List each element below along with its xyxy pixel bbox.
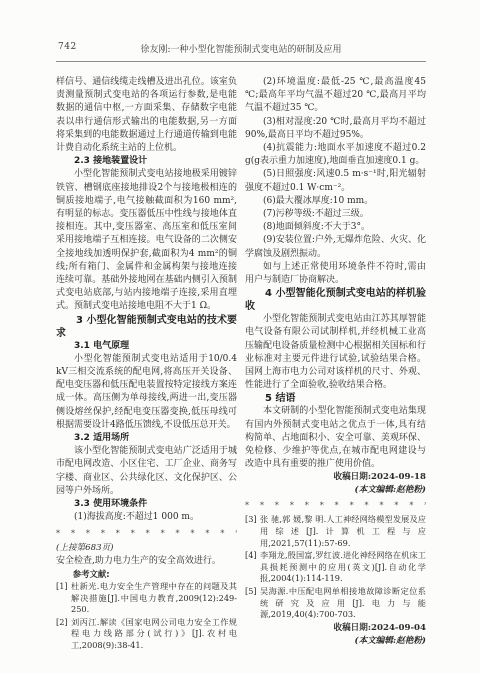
heading-section-4: 4 小型智能化预制式变电站的样机验收 — [245, 287, 426, 313]
section-3-1-body: 小型化智能预制式变电站适用于10/0.4 kV三相交流系统的配电网,将高压开关设… — [56, 353, 237, 432]
section-5-body: 本文研制的小型化智能预制式变电站集现有国内外预制式变电站之优点于一体,具有结构简… — [245, 405, 426, 471]
reference-text: 吴海源.中压配电网单相接地故障诊断定位系统研究及应用[J].电力与能源,2019… — [260, 586, 426, 621]
running-head: 742 徐友刚:一种小型化智能预制式变电站的研制及应用 — [56, 42, 426, 56]
right-column: (2)环境温度:最低-25 ℃,最高温度45 ℃;最高年平均气温不超过20 ℃,… — [245, 76, 426, 653]
running-title: 徐友刚:一种小型化智能预制式变电站的研制及应用 — [56, 42, 426, 55]
env-item-9: (9)安装位置:户外,无爆炸危险、火灾、化学腐蚀及剧烈振动。 — [245, 234, 426, 260]
env-note: 如与上述正常使用环境条件不符时,需由用户与制造厂协商解决。 — [245, 261, 426, 287]
heading-section-2-3: 2.3 接地装置设计 — [56, 155, 237, 168]
editor-note-continuation: (本文编辑:赵艳粉) — [245, 635, 426, 648]
reference-text: 刘丙江.解读《国家电网公司电力安全工作规程电力线路部分(试行)》[J].农村电工… — [71, 617, 237, 652]
env-item-7: (7)污秽等级:不超过三级。 — [245, 208, 426, 221]
page-content: 742 徐友刚:一种小型化智能预制式变电站的研制及应用 样信号、通信线缆走线槽及… — [56, 42, 426, 653]
continued-from-note: (上接第683页) — [56, 542, 237, 555]
received-date-continuation: 收稿日期:2024-09-04 — [245, 622, 426, 635]
heading-section-3-2: 3.2 适用场所 — [56, 432, 237, 445]
reference-item: [5] 吴海源.中压配电网单相接地故障诊断定位系统研究及应用[J].电力与能源,… — [245, 586, 426, 621]
env-item-4: (4)抗震能力:地面水平加速度不超过0.2 g(g表示重力加速度),地面垂直加速… — [245, 142, 426, 168]
references-list-right: [3] 张 驰,郭 媛,黎 明.人工神经网络模型发展及应用综述[J].计算机工程… — [245, 514, 426, 620]
env-item-3: (3)相对湿度:20 ℃时,最高月平均不超过90%,最高日平均不超过95%。 — [245, 116, 426, 142]
section-2-3-body: 小型化智能预制式变电站接地极采用镀锌铁管、槽钢底座接地排设2个与接地极相连的铜质… — [56, 168, 237, 313]
lead-paragraph: 样信号、通信线缆走线槽及进出孔位。该室负责测量预制式变电站的各项运行参数,是电能… — [56, 76, 237, 155]
env-item-8: (8)地面倾斜度:不大于3°。 — [245, 221, 426, 234]
reference-item: [2] 刘丙江.解读《国家电网公司电力安全工作规程电力线路部分(试行)》[J].… — [56, 617, 237, 652]
reference-label: [4] — [245, 550, 260, 585]
reference-label: [5] — [245, 586, 260, 621]
references-list-left: [1] 杜新光.电力安全生产管理中存在的问题及其解决措施[J].中国电力教育,2… — [56, 581, 237, 652]
header-rule — [56, 61, 426, 62]
reference-label: [1] — [56, 581, 71, 616]
continuation-separator-left: * * * * * * * * * * * * * * * * * * * * … — [56, 529, 237, 539]
left-column: 样信号、通信线缆走线槽及进出孔位。该室负责测量预制式变电站的各项运行参数,是电能… — [56, 76, 237, 653]
heading-section-3: 3 小型化智能预制式变电站的技术要求 — [56, 314, 237, 340]
reference-text: 张 驰,郭 媛,黎 明.人工神经网络模型发展及应用综述[J].计算机工程与应用,… — [260, 514, 426, 549]
continuation-closing-line: 安全检查,助力电力生产的安全高效进行。 — [56, 555, 237, 568]
two-column-body: 样信号、通信线缆走线槽及进出孔位。该室负责测量预制式变电站的各项运行参数,是电能… — [56, 76, 426, 653]
heading-section-3-1: 3.1 电气原理 — [56, 340, 237, 353]
editor-note-main: (本文编辑:赵艳粉) — [245, 484, 426, 497]
env-item-6: (6)最大覆冰厚度:10 mm。 — [245, 195, 426, 208]
journal-page: 742 徐友刚:一种小型化智能预制式变电站的研制及应用 样信号、通信线缆走线槽及… — [0, 0, 480, 673]
reference-item: [3] 张 驰,郭 媛,黎 明.人工神经网络模型发展及应用综述[J].计算机工程… — [245, 514, 426, 549]
references-heading: 参考文献: — [56, 568, 237, 581]
heading-section-5: 5 结语 — [245, 392, 426, 405]
reference-item: [4] 李翔龙,殷国富,罗红波.进化神经网络在机床工具损耗预测中的应用(英文)[… — [245, 550, 426, 585]
env-item-5: (5)日照强度:风速0.5 m·s⁻¹时,阳光辐射强度不超过0.1 W·cm⁻²… — [245, 168, 426, 194]
received-date-main: 收稿日期:2024-09-18 — [245, 471, 426, 484]
reference-label: [2] — [56, 617, 71, 652]
reference-text: 杜新光.电力安全生产管理中存在的问题及其解决措施[J].中国电力教育,2009(… — [71, 581, 237, 616]
reference-text: 李翔龙,殷国富,罗红波.进化神经网络在机床工具损耗预测中的应用(英文)[J].自… — [260, 550, 426, 585]
heading-section-3-3: 3.3 使用环境条件 — [56, 498, 237, 511]
reference-label: [3] — [245, 514, 260, 549]
env-item-2: (2)环境温度:最低-25 ℃,最高温度45 ℃;最高年平均气温不超过20 ℃,… — [245, 76, 426, 116]
continuation-separator-right: * * * * * * * * * * * * * * * * * * * * … — [245, 501, 426, 511]
reference-item: [1] 杜新光.电力安全生产管理中存在的问题及其解决措施[J].中国电力教育,2… — [56, 581, 237, 616]
section-3-3-item-1: (1)海拔高度:不超过1 000 m。 — [56, 511, 237, 524]
section-3-2-body: 该小型化智能预制式变电站广泛适用于城市配电网改造、小区住宅、工厂企业、商务写字楼… — [56, 445, 237, 498]
section-4-body: 小型化智能预制式变电站由江苏其厚智能电气设备有限公司试制样机,并经机械工业高压输… — [245, 313, 426, 392]
